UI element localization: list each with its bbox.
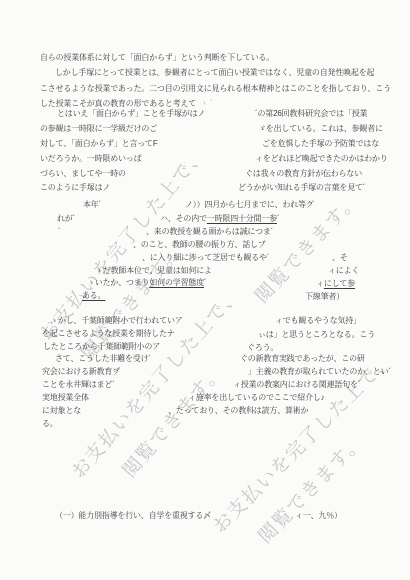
text-segment: ぐの新教育実践であったが、この研	[240, 354, 365, 363]
text-line: 」主義の教育が取られていたのか、とい´	[248, 367, 391, 377]
text-segment: （一）能力別指導を行い、自学を重視する〆	[55, 511, 211, 520]
text-segment: したところから千葉師範附小のア	[43, 342, 160, 351]
text-line: 、そ	[332, 253, 348, 263]
text-line: ぐは我々の教育方針が伝わらない	[245, 169, 362, 179]
text-segment: ヽ ゛	[196, 99, 218, 108]
text-segment: さて、こうした非難を受け´	[55, 354, 151, 363]
text-segment: ィ一、九％）	[295, 511, 342, 520]
text-segment: ィによく	[328, 266, 359, 275]
text-line: 自らの授業体系に対して「面白からず」という判断を下している。	[40, 53, 274, 63]
text-line: ゞを出している。これは、参観者に	[258, 124, 383, 134]
text-segment: 本年´	[83, 200, 101, 209]
text-line: に対象とな	[42, 406, 81, 416]
text-segment: ことを永井輝はまど´	[42, 380, 115, 389]
text-line: れが´	[57, 214, 75, 224]
text-segment: ィ	[316, 279, 324, 288]
text-line: 究会における新教育ヺ	[42, 367, 120, 377]
text-line: ィ一、九％）	[295, 511, 342, 521]
text-segment: ゝだ教師本位で、児童は如何によ	[95, 266, 212, 275]
text-segment: しかし手塚にとって授業とは、参観者にとって面白い授業ではなく、児童の自発性喚起を…	[55, 68, 374, 77]
text-segment: る。	[42, 419, 58, 428]
text-line: ´	[58, 227, 60, 237]
text-line: した授業こそが真の教育の形であると考えて ヽ ゛	[40, 99, 218, 109]
text-line: ノ））四月から七月までに、われ等グ	[185, 200, 314, 210]
text-segment: の参観は一時限に一学級だけのご	[40, 124, 157, 133]
text-line: とはいえ「面白からず」ことを手塚がはノ	[57, 109, 205, 119]
text-line: ゝだ教師本位で、児童は如何によ	[95, 266, 212, 276]
text-line: ある。	[82, 291, 105, 301]
text-segment: ごを危惧した手塚の予防策ではな	[262, 139, 379, 148]
underlined-text-segment: 如何の学習態度	[149, 278, 204, 287]
text-line: こさせるような授業であった。二つ目の引用文に見られる根本精神とはこのことを指して…	[40, 84, 391, 94]
text-line: ごを危惧した手塚の予防策ではな	[262, 139, 379, 149]
text-line: る。	[42, 419, 58, 429]
text-line: （一）能力別指導を行い、自学を重視する〆	[55, 511, 211, 521]
text-segment: ぃは」と思うところとなる。こう	[258, 330, 375, 339]
text-line: このように手塚はノ	[40, 183, 110, 193]
text-line: ィでも観るやうな気持」	[275, 316, 361, 326]
text-segment: こさせるような授業であった。二つ目の引用文に見られる根本精神とはこのことを指して…	[40, 84, 391, 93]
text-line: 、のこと、教師の腰の振り方、話しブ	[133, 240, 266, 250]
text-segment: ´	[277, 214, 279, 223]
text-segment: した授業こそが真の教育の形であると考えて	[40, 99, 196, 108]
text-line: ィ授業の教案内における関連語句を´	[233, 380, 360, 390]
text-segment: ゝいたか、つまり	[87, 278, 149, 287]
text-line: ィ施率を出しているのでここで紹介し♪	[188, 393, 324, 403]
text-line: ィによく	[328, 266, 359, 276]
underlined-text-segment: 一時限四十分間一参	[207, 214, 277, 223]
text-segment: 、来の教授を観る頭からは誠につま´	[146, 227, 273, 236]
text-line: さて、こうした非難を受け´	[55, 354, 151, 364]
text-segment: ´	[204, 278, 206, 287]
text-segment: 、たっており、その教科は読方、算術か	[168, 406, 308, 415]
document-page: お支払いを完了した上で、閲覧できます。閲覧できます。お支払いを完了した上で、閲覧…	[0, 0, 410, 580]
text-line: 対して、「面白からず」と言ってF	[40, 139, 158, 149]
text-segment: 実地授業全体	[42, 393, 89, 402]
text-line: 、に入り細に渉って芝居でも観るや´	[142, 253, 269, 263]
text-line: ゝかし、千葉師範附小で行われていア	[50, 316, 183, 326]
text-segment: どうかがい知れる手塚の言葉を見て´	[238, 183, 365, 192]
text-segment: このように手塚はノ	[40, 183, 110, 192]
text-layer: 自らの授業体系に対して「面白からず」という判断を下している。しかし手塚にとって授…	[0, 0, 410, 580]
text-segment: ハ、その内で	[160, 214, 207, 223]
text-segment: ´の第26回教科研究会では「授業	[255, 109, 367, 118]
text-line: ハ、その内で一時限四十分間一参´	[160, 214, 279, 224]
text-line: を起こさせるような授業を期待したナ	[42, 329, 175, 339]
text-segment: ノ））四月から七月までに、われ等グ	[185, 200, 314, 209]
text-segment: ゝかし、千葉師範附小で行われていア	[50, 316, 183, 325]
text-segment: ィでも観るやうな気持」	[275, 316, 361, 325]
text-line: しかし手塚にとって授業とは、参観者にとって面白い授業ではなく、児童の自発性喚起を…	[55, 68, 374, 78]
text-line: 本年´	[83, 200, 101, 210]
text-segment: ィ施率を出しているのでここで紹介し♪	[188, 393, 324, 402]
text-segment: ´	[58, 227, 60, 236]
text-segment: ゞを出している。これは、参観者に	[258, 124, 383, 133]
text-segment: に対象とな	[42, 406, 81, 415]
text-segment: 」主義の教育が取られていたのか、とい´	[248, 367, 391, 376]
text-line: 実地授業全体	[42, 393, 89, 403]
text-segment: 自らの授業体系に対して「面白からず」という判断を下している。	[40, 53, 274, 62]
text-segment: 対して、「面白からず」と言ってF	[40, 139, 158, 148]
text-segment: 究会における新教育ヺ	[42, 367, 120, 376]
text-line: 、たっており、その教科は読方、算術か	[168, 406, 308, 416]
text-segment: ィ授業の教案内における関連語句を´	[233, 380, 360, 389]
text-segment: いだろうか。一時限めいっぱ	[40, 154, 141, 163]
text-line: いだろうか。一時限めいっぱ	[40, 154, 141, 164]
text-line: 下線筆者）	[305, 292, 344, 302]
underlined-text-segment: ある。	[82, 291, 105, 300]
text-line: ´の第26回教科研究会では「授業	[255, 109, 367, 119]
text-line: づらい、ましてや一時の	[40, 169, 126, 179]
text-segment: とはいえ「面白からず」ことを手塚がはノ	[57, 109, 205, 118]
text-segment: 、そ	[332, 253, 348, 262]
text-line: の参観は一時限に一学級だけのご	[40, 124, 157, 134]
text-line: したところから千葉師範附小のア	[43, 342, 160, 352]
text-line: ィにして参	[316, 279, 355, 289]
text-line: ことを永井輝はまど´	[42, 380, 115, 390]
text-line: ぐろう。	[247, 343, 278, 353]
text-segment: づらい、ましてや一時の	[40, 169, 126, 178]
text-segment: 、のこと、教師の腰の振り方、話しブ	[133, 240, 266, 249]
text-line: 、来の教授を観る頭からは誠につま´	[146, 227, 273, 237]
text-line: ぐの新教育実践であったが、この研	[240, 354, 365, 364]
text-line: どうかがい知れる手塚の言葉を見て´	[238, 183, 365, 193]
text-segment: 、に入り細に渉って芝居でも観るや´	[142, 253, 269, 262]
text-line: ぃは」と思うところとなる。こう	[258, 330, 375, 340]
text-segment: を起こさせるような授業を期待したナ	[42, 329, 175, 338]
text-segment: ぐろう。	[247, 343, 278, 352]
text-line: ィをどれほど喚起できたのかはわかり	[255, 154, 388, 164]
text-segment: ィをどれほど喚起できたのかはわかり	[255, 154, 388, 163]
underlined-text-segment: にして参	[324, 279, 355, 288]
text-segment: 下線筆者）	[305, 292, 344, 301]
text-line: ゝいたか、つまり如何の学習態度´	[87, 278, 206, 288]
text-segment: ぐは我々の教育方針が伝わらない	[245, 169, 362, 178]
text-segment: れが´	[57, 214, 75, 223]
